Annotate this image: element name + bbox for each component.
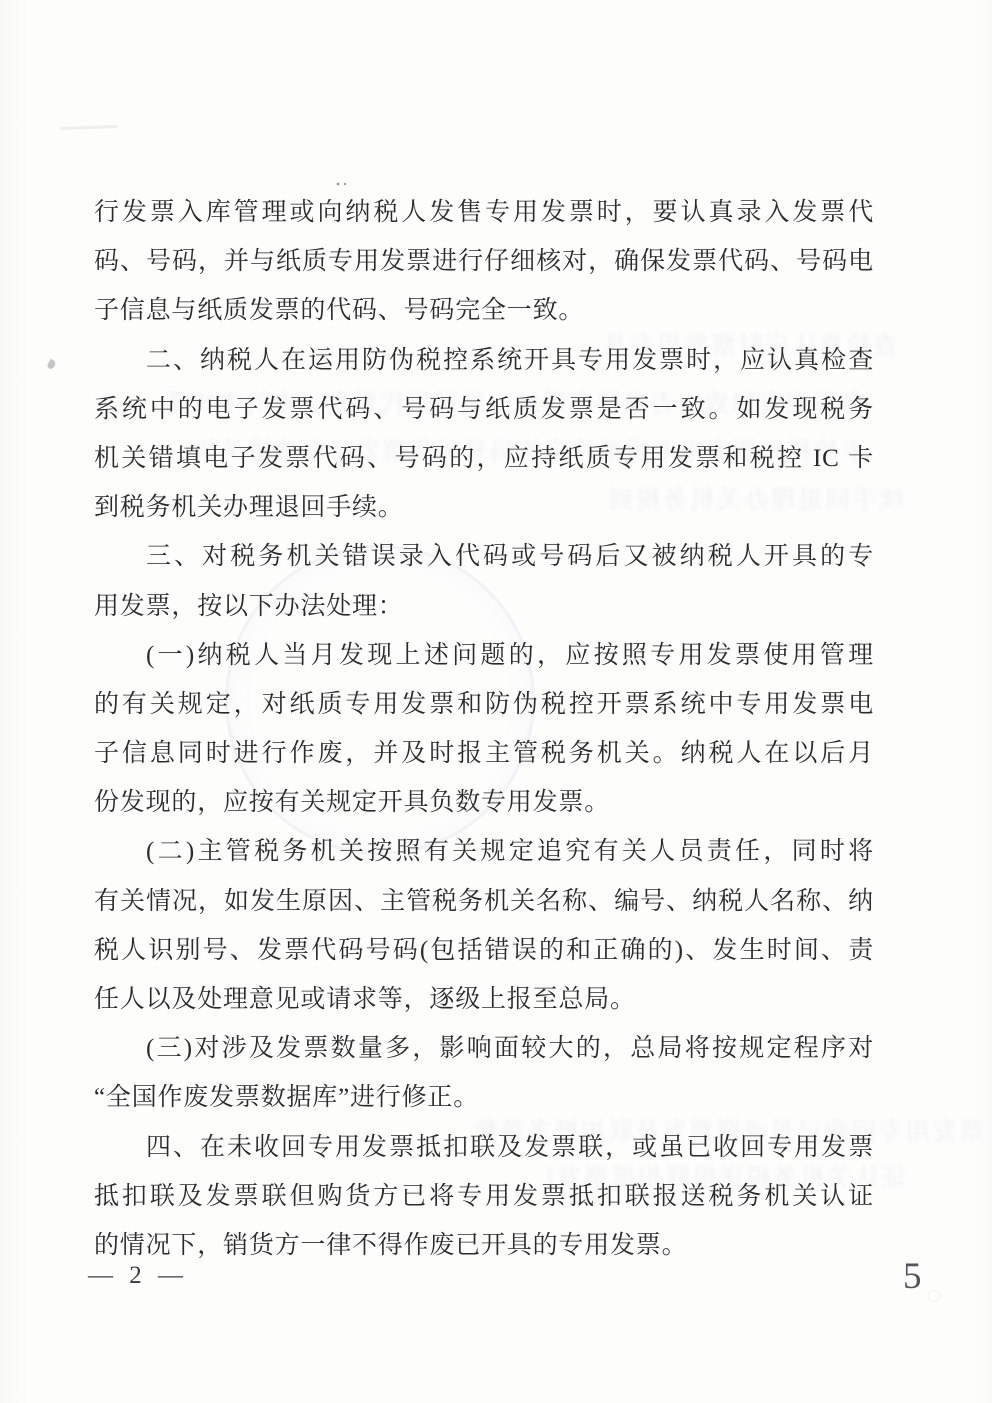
dust-speck-ring xyxy=(928,1290,940,1302)
dust-speck-tick xyxy=(46,359,57,370)
text-line-4: 二、纳税人在运用防伪税控系统开具专用发票时，应认真检查 xyxy=(94,336,874,385)
text-line-20: 四、在未收回专用发票抵扣联及发票联，或虽已收回专用发票 xyxy=(94,1123,874,1172)
text-line-9: 用发票，按以下办法处理： xyxy=(94,582,874,631)
text-line-18: (三)对涉及发票数量多，影响面较大的，总局将按规定程序对 xyxy=(94,1024,874,1073)
text-line-13: 份发现的，应按有关规定开具负数专用发票。 xyxy=(94,778,874,827)
text-line-3: 子信息与纸质发票的代码、号码完全一致。 xyxy=(94,286,874,335)
text-line-7: 到税务机关办理退回手续。 xyxy=(94,483,874,532)
text-line-8: 三、对税务机关错误录入代码或号码后又被纳税人开具的专 xyxy=(94,532,874,581)
text-line-11: 的有关规定，对纸质专用发票和防伪税控开票系统中专用发票电 xyxy=(94,680,874,729)
text-line-17: 任人以及处理意见或请求等，逐级上报至总局。 xyxy=(94,975,874,1024)
document-body-text: 行发票入库管理或向纳税人发售专用发票时，要认真录入发票代码、号码，并与纸质专用发… xyxy=(94,188,874,1270)
text-line-16: 税人识别号、发票代码号码(包括错误的和正确的)、发生时间、责 xyxy=(94,926,874,975)
footer-page-number: — 2 — xyxy=(88,1262,188,1290)
text-line-10: (一)纳税人当月发现上述问题的，应按照专用发票使用管理 xyxy=(94,631,874,680)
scan-smudge-dash xyxy=(60,125,118,130)
text-line-12: 子信息同时进行作废，并及时报主管税务机关。纳税人在以后月 xyxy=(94,729,874,778)
text-line-2: 码、号码，并与纸质专用发票进行仔细核对，确保发票代码、号码电 xyxy=(94,237,874,286)
corner-sheet-number: 5 xyxy=(903,1255,922,1298)
text-line-6: 机关错填电子发票代码、号码的，应持纸质专用发票和税控 IC 卡 xyxy=(94,434,874,483)
text-line-14: (二)主管税务机关按照有关规定追究有关人员责任，同时将 xyxy=(94,827,874,876)
text-line-21: 抵扣联及发票联但购货方已将专用发票抵扣联报送税务机关认证 xyxy=(94,1172,874,1221)
text-line-22: 的情况下，销货方一律不得作废已开具的专用发票。 xyxy=(94,1221,874,1270)
dust-speck-dots xyxy=(336,182,348,186)
text-line-1: 行发票入库管理或向纳税人发售专用发票时，要认真录入发票代 xyxy=(94,188,874,237)
text-line-19: “全国作废发票数据库”进行修正。 xyxy=(94,1073,874,1122)
text-line-5: 系统中的电子发票代码、号码与纸质发票是否一致。如发现税务 xyxy=(94,385,874,434)
scanned-document-page: 查检真认应时票发用专具开统系务税现发如致一否是票发质纸与码号码代票发子电的中统系… xyxy=(0,0,992,1403)
text-line-15: 有关情况，如发生原因、主管税务机关名称、编号、纳税人名称、纳 xyxy=(94,877,874,926)
